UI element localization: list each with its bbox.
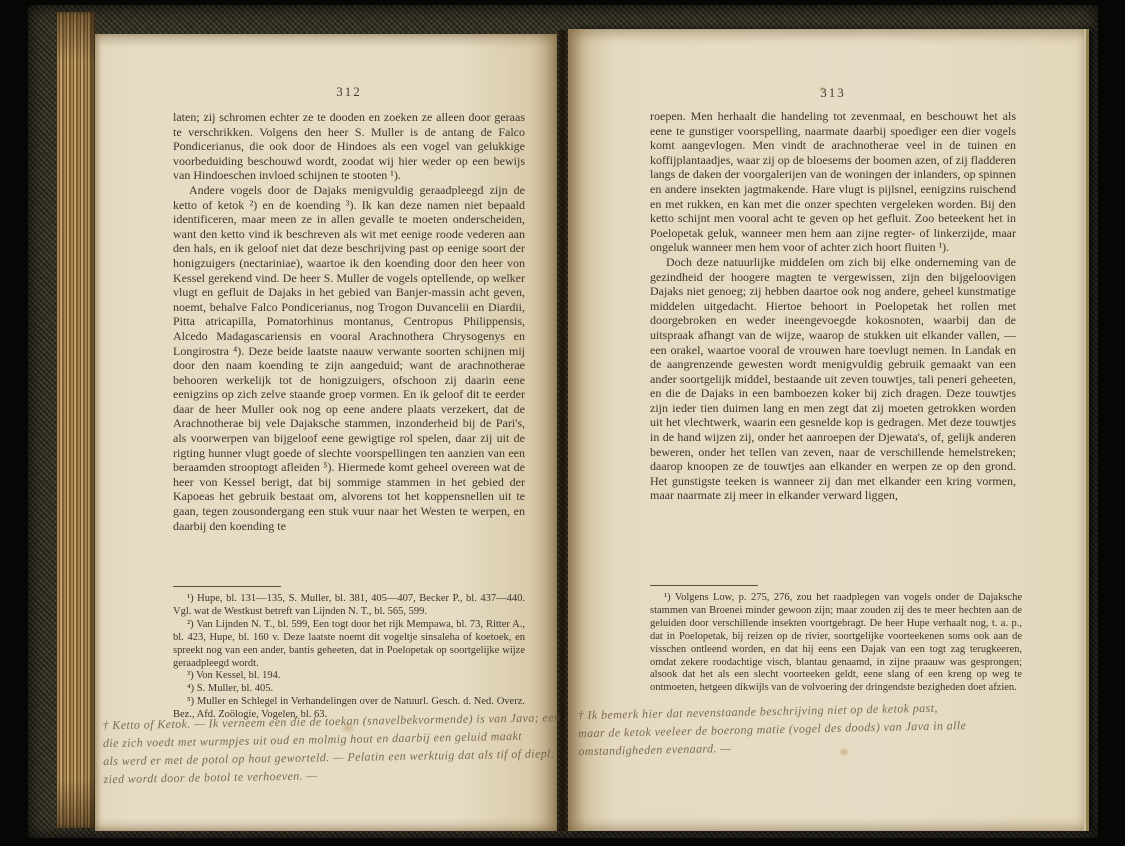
page-number-left: 312 <box>173 84 525 100</box>
handwritten-annotation: † Ketto of Ketok. — Ik verneem een die d… <box>102 708 581 788</box>
footnote-separator <box>173 586 281 587</box>
page-number-right: 313 <box>650 85 1016 101</box>
body-paragraph: Andere vogels door de Dajaks menigvuldig… <box>173 183 525 533</box>
footnote-separator <box>650 585 758 586</box>
footnote: ³) Von Kessel, bl. 194. <box>173 670 525 683</box>
body-paragraph: Doch deze natuurlijke middelen om zich b… <box>650 255 1016 503</box>
page-edge-stack <box>57 12 95 828</box>
handwritten-annotation: † Ik bemerk hier dat nevenstaande beschr… <box>577 696 1078 760</box>
right-page-footnotes: ¹) Volgens Low, p. 275, 276, zou het raa… <box>650 585 1022 695</box>
left-page-footnotes: ¹) Hupe, bl. 131—135, S. Muller, bl. 381… <box>173 586 525 722</box>
right-page-body: roepen. Men herhaalt die handeling tot z… <box>650 109 1016 503</box>
left-page: 312 laten; zij schromen echter ze te doo… <box>95 34 557 831</box>
book-photo: 312 laten; zij schromen echter ze te doo… <box>0 0 1125 846</box>
footnote: ¹) Hupe, bl. 131—135, S. Muller, bl. 381… <box>173 593 525 619</box>
footnote: ¹) Volgens Low, p. 275, 276, zou het raa… <box>650 592 1022 695</box>
left-page-body: laten; zij schromen echter ze te dooden … <box>173 110 525 533</box>
body-paragraph: roepen. Men herhaalt die handeling tot z… <box>650 109 1016 255</box>
footnote: ⁴) S. Muller, bl. 405. <box>173 683 525 696</box>
right-page: 313 roepen. Men herhaalt die handeling t… <box>568 29 1084 831</box>
body-paragraph: laten; zij schromen echter ze te dooden … <box>173 110 525 183</box>
footnote: ²) Van Lijnden N. T., bl. 599, Een togt … <box>173 619 525 671</box>
